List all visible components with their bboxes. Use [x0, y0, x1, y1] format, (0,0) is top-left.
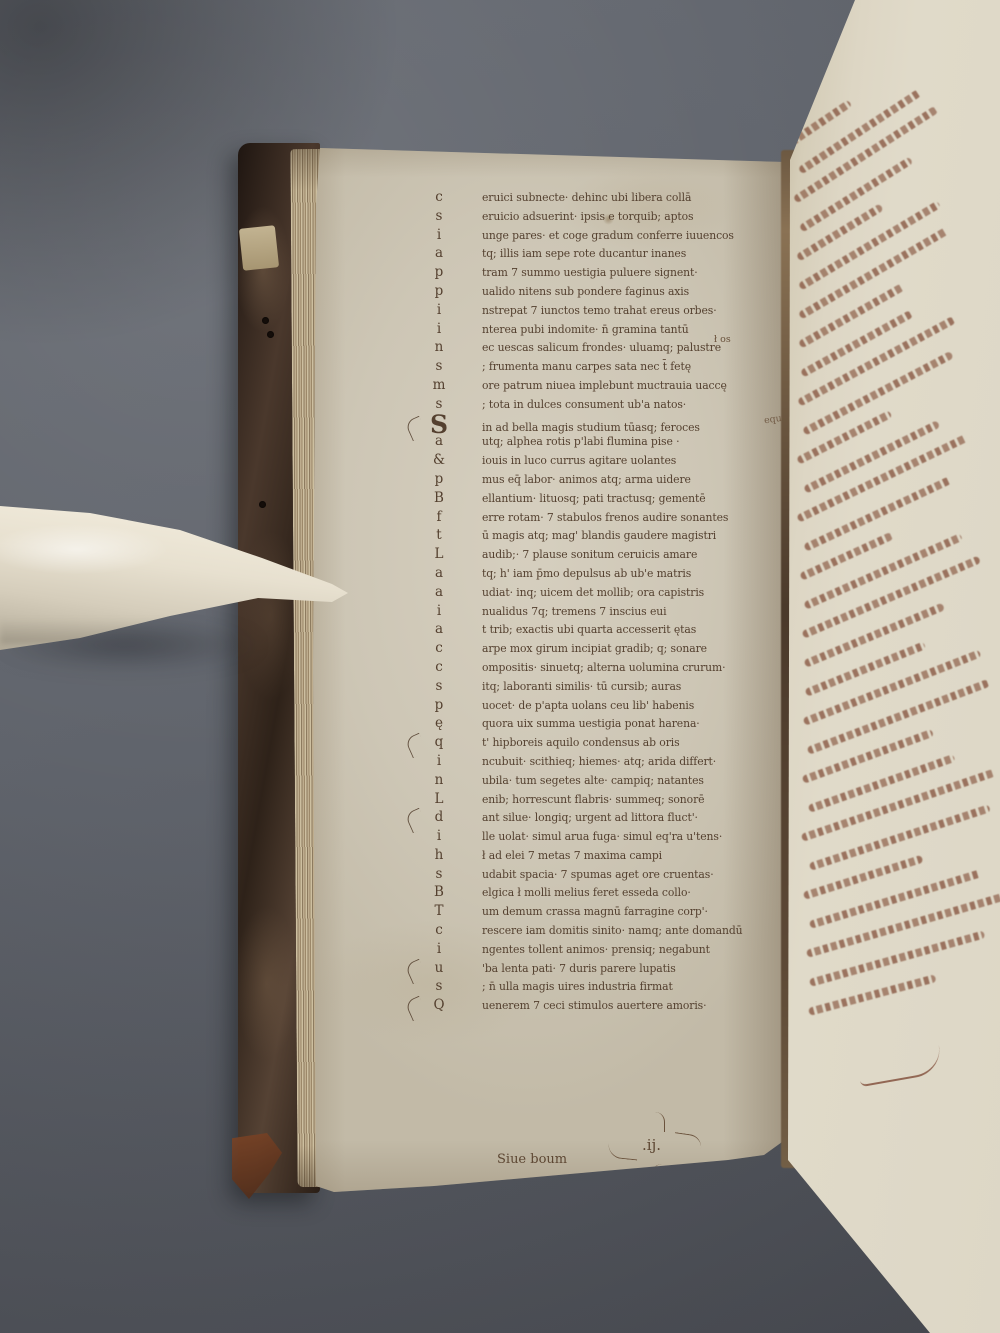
verse-initial: s [422, 357, 456, 376]
verse-line: inualidus 7q; tremens 7 inscius eui [422, 602, 743, 621]
verse-line: carpe mox girum incipiat gradib; q; sona… [422, 639, 743, 658]
verse-initial: h [422, 846, 456, 865]
verse-initial: a [422, 620, 456, 639]
verse-initial: d [422, 808, 456, 827]
verse-initial: p [422, 470, 456, 489]
verse-line: sitq; laboranti similis· tū cursib; aura… [422, 677, 743, 696]
verse-initial: s [422, 977, 456, 996]
flourish-stroke [652, 1164, 663, 1182]
verse-line: puocet· de p'apta uolans ceu lib' habeni… [422, 696, 743, 715]
verse-text: udiat· inq; uicem det mollib; ora capist… [482, 584, 704, 603]
margin-variant-note: ł os [714, 334, 731, 345]
verse-text: ngentes tollent animos· prensiq; negabun… [482, 941, 710, 960]
verse-text: iouis in luco currus agitare uolantes [482, 452, 676, 471]
verse-line: ptram 7 summo uestigia puluere signent· [422, 263, 743, 282]
verse-text: ū magis atq; mag' blandis gaudere magist… [482, 527, 716, 546]
facing-page-text-line [795, 204, 883, 262]
verse-text: nualidus 7q; tremens 7 inscius eui [482, 603, 666, 622]
verse-initial: T [422, 902, 456, 921]
verse-line: at trib; exactis ubi quarta accesserit ę… [422, 620, 743, 639]
verse-initial: s [422, 677, 456, 696]
verse-initial: B [422, 883, 456, 902]
verse-line: interea pubi indomite· n̄ gramina tantū [422, 320, 743, 339]
verse-line: qt' hipboreis aquilo condensus ab oris [422, 733, 743, 752]
verse-initial: c [422, 658, 456, 677]
verse-line: ceruici subnecte· dehinc ubi libera coll… [422, 188, 743, 207]
verse-initial: m [422, 376, 456, 395]
verse-line: instrepat 7 iunctos temo trahat ereus or… [422, 301, 743, 320]
catchword: Siue boum [497, 1152, 567, 1167]
verse-text: ant silue· longiq; urgent ad littora flu… [482, 809, 698, 828]
verse-text: ec uescas salicum frondes· uluamq; palus… [482, 339, 721, 358]
verse-line: Sin ad bella magis studium tūasq; feroce… [422, 414, 743, 433]
facing-page-text-line [803, 603, 945, 668]
verse-initial: f [422, 508, 456, 527]
verse-text: ncubuit· scithieq; hiemes· atq; arida di… [482, 753, 716, 772]
verse-text: utq; alphea rotis p'labi flumina pise · [482, 433, 679, 452]
verse-text: udabit spacia· 7 spumas aget ore cruenta… [482, 866, 714, 885]
verse-text: ; n̄ ulla magis uires industria firmat [482, 978, 673, 997]
facing-page-text-line [809, 869, 982, 929]
verse-initial: i [422, 226, 456, 245]
verse-initial: c [422, 639, 456, 658]
verse-initial: a [422, 432, 456, 451]
verse-text: mus eq̄ labor· animos atq; arma uidere [482, 471, 691, 490]
verse-line: pmus eq̄ labor· animos atq; arma uidere [422, 470, 743, 489]
verse-line: pualido nitens sub pondere faginus axis [422, 282, 743, 301]
verse-initial: n [422, 338, 456, 357]
verse-text: ; tota in dulces consument ub'a natos· [482, 396, 686, 415]
verse-initial: L [422, 790, 456, 809]
verse-line: u'ba lenta pati· 7 duris parere lupatis [422, 959, 743, 978]
verse-line: tū magis atq; mag' blandis gaudere magis… [422, 526, 743, 545]
verse-text: enib; horrescunt flabris· summeq; sonorē [482, 791, 704, 810]
verse-text: audib;· 7 plause sonitum ceruicis amare [482, 546, 697, 565]
verse-text: ł ad elei 7 metas 7 maxima campi [482, 847, 662, 866]
verse-text: ompositis· sinuetq; alterna uolumina cru… [482, 659, 725, 678]
verse-text: t' hipboreis aquilo condensus ab oris [482, 734, 680, 753]
wormhole-icon [259, 501, 266, 508]
verse-line: Belgica ł molli melius feret esseda coll… [422, 883, 743, 902]
verse-initial: a [422, 564, 456, 583]
facing-recto-page-curled [778, 0, 1000, 1333]
verse-line: Tum demum crassa magnū farragine corp'· [422, 902, 743, 921]
verse-line: sudabit spacia· 7 spumas aget ore cruent… [422, 865, 743, 884]
verse-initial: i [422, 752, 456, 771]
verse-initial: s [422, 865, 456, 884]
photograph-open-manuscript: ceruici subnecte· dehinc ubi libera coll… [0, 0, 1000, 1333]
verse-line: hł ad elei 7 metas 7 maxima campi [422, 846, 743, 865]
verse-line: crescere iam domitis sinito· namq; ante … [422, 921, 743, 940]
verse-initial: q [422, 733, 456, 752]
spine-label-tab [239, 225, 279, 271]
verse-line: ęquora uix summa uestigia ponat harena· [422, 714, 743, 733]
verse-initial: a [422, 244, 456, 263]
verse-initial: i [422, 827, 456, 846]
verse-text: tq; illis iam sepe rote ducantur inanes [482, 245, 686, 264]
verse-line: s; tota in dulces consument ub'a natos· [422, 395, 743, 414]
verse-line: ingentes tollent animos· prensiq; negabu… [422, 940, 743, 959]
verse-initial: n [422, 771, 456, 790]
verse-text: elgica ł molli melius feret esseda collo… [482, 884, 691, 903]
verse-line: seruicio adsuerint· ipsis e torquib; apt… [422, 207, 743, 226]
verse-line: ille uolat· simul arua fuga· simul eq'ra… [422, 827, 743, 846]
verse-line: autq; alphea rotis p'labi flumina pise · [422, 432, 743, 451]
verse-text: nstrepat 7 iunctos temo trahat ereus orb… [482, 302, 717, 321]
verse-line: more patrum niuea implebunt muctrauia ua… [422, 376, 743, 395]
verse-initial: c [422, 188, 456, 207]
verse-initial: s [422, 207, 456, 226]
verse-text: ubila· tum segetes alte· campiq; natante… [482, 772, 704, 791]
verse-line: Quenerem 7 ceci stimulos auertere amoris… [422, 996, 743, 1015]
facing-page-text-line [809, 930, 986, 987]
verse-text: ore patrum niuea implebunt muctrauia uac… [482, 377, 727, 396]
quire-signature: .ij. [608, 1118, 704, 1180]
verse-line: atq; h' iam p̄mo depulsus ab ub'e matris [422, 564, 743, 583]
verse-text: uocet· de p'apta uolans ceu lib' habenis [482, 697, 694, 716]
verse-text: arpe mox girum incipiat gradib; q; sonar… [482, 640, 707, 659]
verse-initial: ę [422, 714, 456, 733]
quire-numeral: .ij. [642, 1136, 661, 1154]
verse-initial: u [422, 959, 456, 978]
wormhole-icon [267, 331, 274, 338]
verse-line: s; n̄ ulla magis uires industria firmat [422, 977, 743, 996]
verse-text: rescere iam domitis sinito· namq; ante d… [482, 922, 743, 941]
verse-text: nterea pubi indomite· n̄ gramina tantū [482, 321, 689, 340]
verse-text: ellantium· lituosq; pati tractusq; gemen… [482, 490, 706, 509]
flourish-stroke [673, 1132, 703, 1149]
verse-text: tq; h' iam p̄mo depulsus ab ub'e matris [482, 565, 691, 584]
verse-line: Laudib;· 7 plause sonitum ceruicis amare [422, 545, 743, 564]
verse-text: tram 7 summo uestigia puluere signent· [482, 264, 698, 283]
verse-initial: & [422, 451, 456, 470]
verse-text: quora uix summa uestigia ponat harena· [482, 715, 700, 734]
verse-line: dant silue· longiq; urgent ad littora fl… [422, 808, 743, 827]
verse-text: unge pares· et coge gradum conferre iuue… [482, 227, 734, 246]
flourish-stroke [607, 1142, 638, 1160]
verse-line: nec uescas salicum frondes· uluamq; palu… [422, 338, 743, 357]
verse-text: ; frumenta manu carpes sata nec t̄ fetę [482, 358, 691, 377]
verse-line: ferre rotam· 7 stabulos frenos audire so… [422, 508, 743, 527]
verse-text: ualido nitens sub pondere faginus axis [482, 283, 689, 302]
verse-line: incubuit· scithieq; hiemes· atq; arida d… [422, 752, 743, 771]
verse-initial: a [422, 583, 456, 602]
verse-line: iunge pares· et coge gradum conferre iuu… [422, 226, 743, 245]
wormhole-icon [262, 317, 269, 324]
verse-lines: ceruici subnecte· dehinc ubi libera coll… [422, 188, 743, 1015]
verse-initial: L [422, 545, 456, 564]
verse-line: Bellantium· lituosq; pati tractusq; geme… [422, 489, 743, 508]
verse-initial: i [422, 940, 456, 959]
verse-initial: i [422, 320, 456, 339]
facing-page-text-line [798, 283, 905, 348]
facing-page-text-line [808, 754, 956, 813]
manuscript-verso-page: ceruici subnecte· dehinc ubi libera coll… [312, 146, 790, 1192]
verse-initial: i [422, 602, 456, 621]
verse-line: &iouis in luco currus agitare uolantes [422, 451, 743, 470]
verse-text: lle uolat· simul arua fuga· simul eq'ra … [482, 828, 722, 847]
verse-text: um demum crassa magnū farragine corp'· [482, 903, 708, 922]
verse-line: nubila· tum segetes alte· campiq; natant… [422, 771, 743, 790]
facing-page-text-line [804, 641, 926, 696]
verse-text: erre rotam· 7 stabulos frenos audire son… [482, 509, 728, 528]
verse-line: s; frumenta manu carpes sata nec t̄ fetę [422, 357, 743, 376]
verse-text: itq; laboranti similis· tū cursib; auras [482, 678, 681, 697]
verse-initial: p [422, 282, 456, 301]
verse-initial: p [422, 696, 456, 715]
verse-text: 'ba lenta pati· 7 duris parere lupatis [482, 960, 676, 979]
verse-initial: Q [422, 996, 456, 1015]
verse-initial: t [422, 526, 456, 545]
verse-text: eruici subnecte· dehinc ubi libera collā [482, 189, 691, 208]
verse-line: compositis· sinuetq; alterna uolumina cr… [422, 658, 743, 677]
spine-damage [232, 1133, 282, 1199]
verse-initial: i [422, 301, 456, 320]
verse-initial: p [422, 263, 456, 282]
verse-text: uenerem 7 ceci stimulos auertere amoris· [482, 997, 706, 1016]
verse-line: atq; illis iam sepe rote ducantur inanes [422, 244, 743, 263]
verse-initial: c [422, 921, 456, 940]
verse-line: Lenib; horrescunt flabris· summeq; sonor… [422, 790, 743, 809]
verse-initial: B [422, 489, 456, 508]
verse-text: t trib; exactis ubi quarta accesserit ęt… [482, 621, 696, 640]
verse-line: audiat· inq; uicem det mollib; ora capis… [422, 583, 743, 602]
verse-text: eruicio adsuerint· ipsis e torquib; apto… [482, 208, 693, 227]
pen-flourish-swash [856, 1045, 944, 1087]
